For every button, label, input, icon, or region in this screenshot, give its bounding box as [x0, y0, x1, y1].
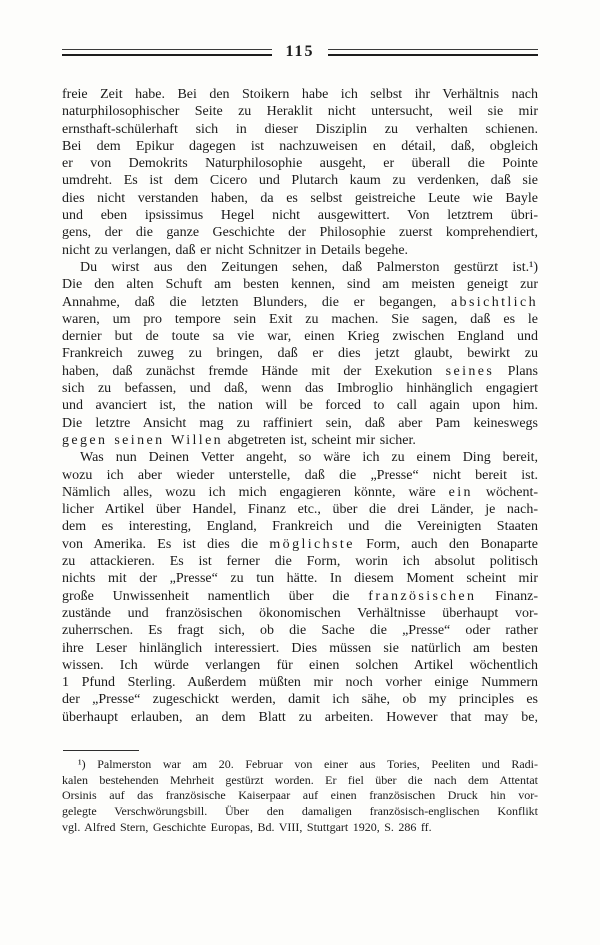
text-line: Die den alten Schuft am besten kennen, s…: [62, 276, 538, 293]
text-line: Annahme, daß die letzten Blunders, die e…: [62, 294, 538, 311]
footnote: ¹) Palmerston war am 20. Februar von ein…: [62, 757, 538, 836]
text-line: zustände und französischen ökonomischen …: [62, 605, 538, 622]
text-line: sich zu befassen, und daß, wenn das Imbr…: [62, 380, 538, 397]
header-rule-left: [62, 49, 272, 56]
emphasized-text: absichtlich: [451, 295, 538, 310]
text-line: und avanciert ist, the nation will be fo…: [62, 397, 538, 414]
footnote-separator: [63, 750, 139, 751]
text-line: der „Presse“ zugeschickt werden, damit i…: [62, 691, 538, 708]
text-line: dernier but de toute sa vie war, einen K…: [62, 328, 538, 345]
text-line: Orsinis auf das französische Kaiserpaar …: [62, 788, 538, 804]
text-line: haben, daß zunächst fremde Hände mit der…: [62, 363, 538, 380]
text-line: licher Artikel über Handel, Finanz etc.,…: [62, 501, 538, 518]
text-line: nicht zu verlangen, daß er nicht Schnitz…: [62, 242, 538, 259]
text-line: kalen bestehenden Mehrheit gestürzt word…: [62, 773, 538, 789]
text-line: Bei dem Epikur dagegen ist nachzuweisen …: [62, 138, 538, 155]
text-line: nichts mit der „Presse“ zu tun hätte. In…: [62, 570, 538, 587]
text-line: vgl. Alfred Stern, Geschichte Europas, B…: [62, 820, 538, 836]
text-line: gegen seinen Willen abgetreten ist, sche…: [62, 432, 538, 449]
emphasized-text: gegen seinen Willen: [62, 433, 223, 448]
text-line: umdreht. Es ist dem Cicero und Plutarch …: [62, 172, 538, 189]
header-rule-right: [328, 49, 538, 56]
text-line: ihre Leser hinlänglich interessiert. Die…: [62, 640, 538, 657]
text-line: dem es interesting, England, Frankreich …: [62, 518, 538, 535]
emphasized-text: seines: [446, 364, 495, 379]
page-header: 115: [62, 44, 538, 60]
text-line: dies nicht verstanden haben, da es selbs…: [62, 190, 538, 207]
text-line: gelegte Verschwörungsbill. Über den dama…: [62, 804, 538, 820]
text-line: zuherrschen. Es fragt sich, ob die Sache…: [62, 622, 538, 639]
text-line: er von Demokrits Naturphilosophie ausgeh…: [62, 155, 538, 172]
page-number: 115: [283, 44, 316, 60]
text-line: Was nun Deinen Vetter angeht, so wäre ic…: [62, 449, 538, 466]
text-line: Du wirst aus den Zeitungen sehen, daß Pa…: [62, 259, 538, 276]
text-line: zu attackieren. Es ist ferner die Form, …: [62, 553, 538, 570]
paragraph: Was nun Deinen Vetter angeht, so wäre ic…: [62, 449, 538, 726]
text-line: naturphilosophischer Seite zu Heraklit n…: [62, 103, 538, 120]
paragraph: freie Zeit habe. Bei den Stoikern habe i…: [62, 86, 538, 259]
book-page: 115 freie Zeit habe. Bei den Stoikern ha…: [0, 0, 600, 945]
emphasized-text: ein: [449, 485, 473, 500]
text-line: freie Zeit habe. Bei den Stoikern habe i…: [62, 86, 538, 103]
text-line: gens, der die ganze Geschichte der Philo…: [62, 224, 538, 241]
text-line: Die letztre Ansicht mag zu raffiniert se…: [62, 415, 538, 432]
text-line: ernsthaft-schülerhaft sich in dieser Dis…: [62, 121, 538, 138]
text-line: große Unwissenheit namentlich über die f…: [62, 588, 538, 605]
paragraph: Du wirst aus den Zeitungen sehen, daß Pa…: [62, 259, 538, 449]
text-line: waren, um pro tempore sein Exit zu mache…: [62, 311, 538, 328]
text-line: Frankreich zuweg zu bringen, daß er dies…: [62, 345, 538, 362]
text-line: wozu ich aber wieder unterstelle, daß di…: [62, 467, 538, 484]
text-line: 1 Pfund Sterling. Außerdem müßten mir no…: [62, 674, 538, 691]
text-line: überhaupt erlauben, an dem Blatt zu arbe…: [62, 709, 538, 726]
emphasized-text: möglichste: [269, 537, 354, 552]
text-line: wissen. Ich würde verlangen für einen so…: [62, 657, 538, 674]
emphasized-text: französischen: [368, 589, 476, 604]
text-line: von Amerika. Es ist dies die möglichste …: [62, 536, 538, 553]
text-line: Nämlich alles, wozu ich mich engagieren …: [62, 484, 538, 501]
body-text: freie Zeit habe. Bei den Stoikern habe i…: [62, 86, 538, 726]
text-line: und eben ipsissimus Hegel nicht ausgewit…: [62, 207, 538, 224]
text-line: ¹) Palmerston war am 20. Februar von ein…: [62, 757, 538, 773]
